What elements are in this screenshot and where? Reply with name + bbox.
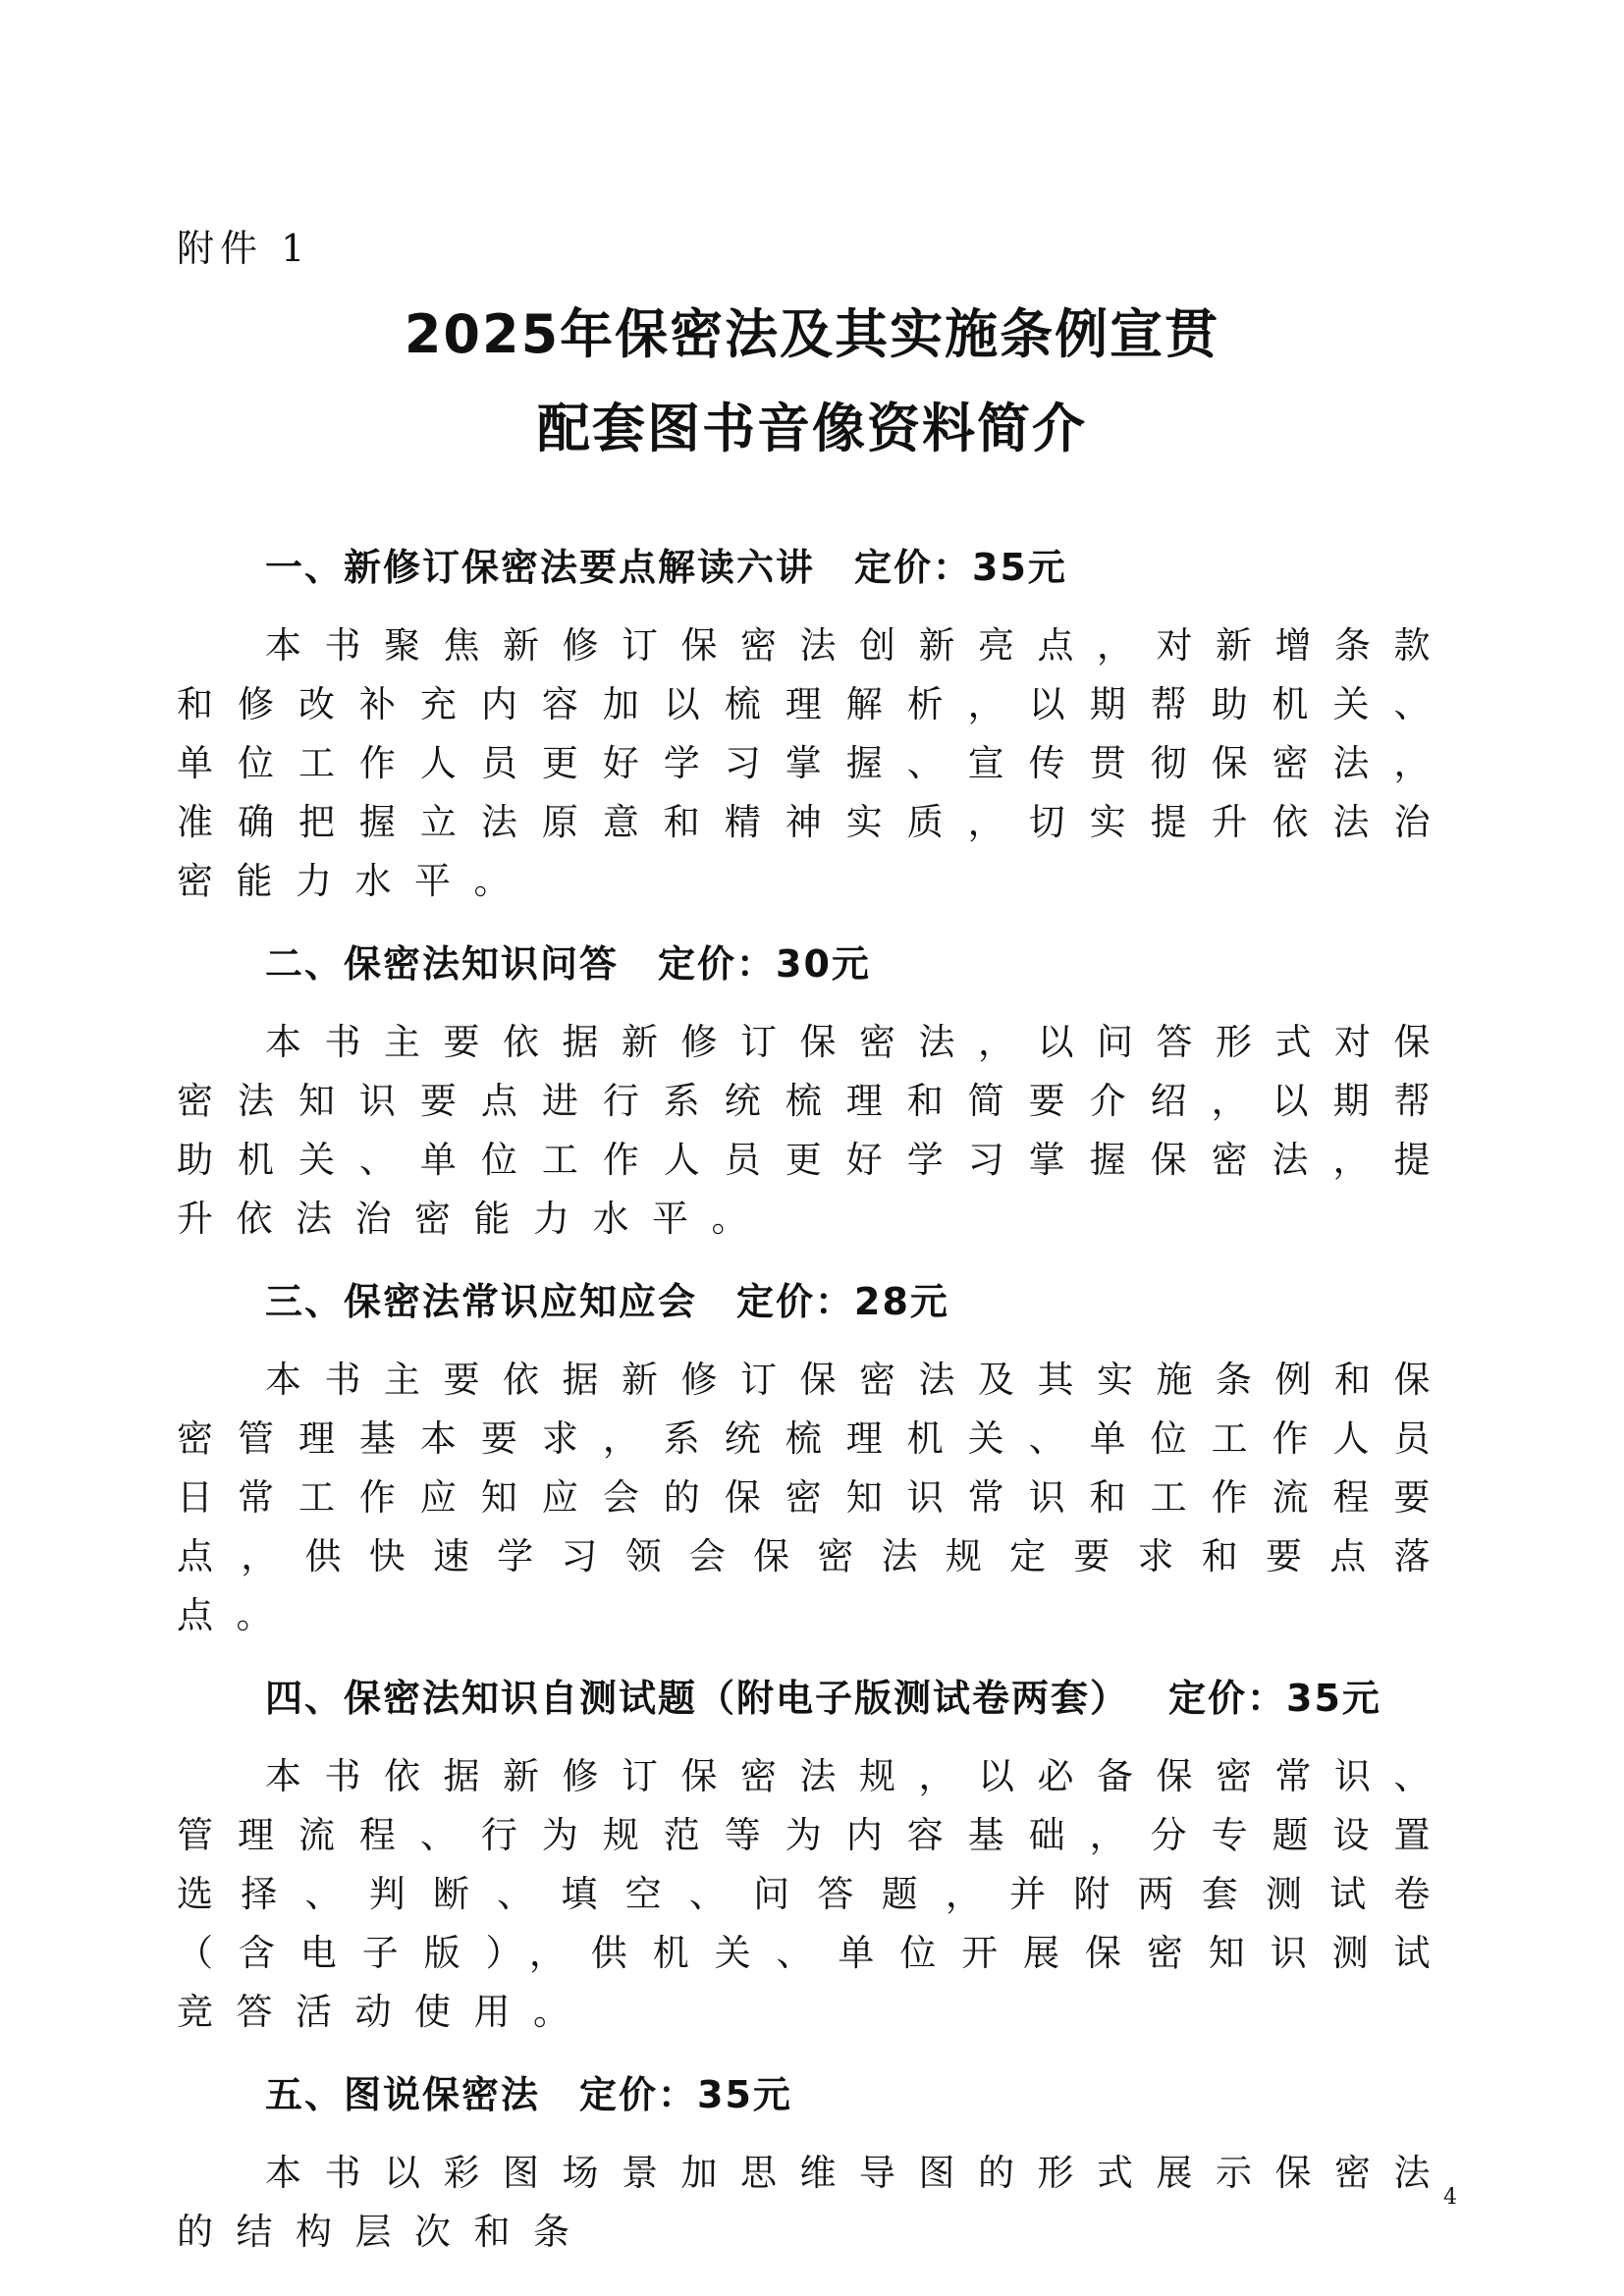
section-1: 一、新修订保密法要点解读六讲定价：35元 本书聚焦新修订保密法创新亮点，对新增条… bbox=[177, 538, 1453, 911]
section-heading: 二、保密法知识问答定价：30元 bbox=[177, 934, 1453, 993]
section-4: 四、保密法知识自测试题（附电子版测试卷两套）定价：35元 本书依据新修订保密法规… bbox=[177, 1669, 1453, 2042]
section-heading: 四、保密法知识自测试题（附电子版测试卷两套）定价：35元 bbox=[177, 1669, 1453, 1728]
attachment-label: 附件 1 bbox=[177, 218, 310, 272]
section-heading: 一、新修订保密法要点解读六讲定价：35元 bbox=[177, 538, 1453, 597]
section-price: 定价：35元 bbox=[854, 546, 1067, 589]
page-title-line-2: 配套图书音像资料简介 bbox=[0, 387, 1624, 462]
section-title: 一、新修订保密法要点解读六讲 bbox=[265, 546, 815, 589]
section-5: 五、图说保密法定价：35元 本书以彩图场景加思维导图的形式展示保密法的结构层次和… bbox=[177, 2065, 1453, 2262]
section-price: 定价：35元 bbox=[1168, 1677, 1381, 1720]
section-title: 四、保密法知识自测试题（附电子版测试卷两套） bbox=[265, 1677, 1129, 1720]
section-3: 三、保密法常识应知应会定价：28元 本书主要依据新修订保密法及其实施条例和保密管… bbox=[177, 1272, 1453, 1645]
section-price: 定价：35元 bbox=[579, 2073, 792, 2116]
section-price: 定价：28元 bbox=[736, 1280, 949, 1323]
section-2: 二、保密法知识问答定价：30元 本书主要依据新修订保密法，以问答形式对保密法知识… bbox=[177, 934, 1453, 1249]
section-title: 五、图说保密法 bbox=[265, 2073, 540, 2116]
section-price: 定价：30元 bbox=[658, 942, 871, 986]
section-description: 本书以彩图场景加思维导图的形式展示保密法的结构层次和条 bbox=[177, 2144, 1453, 2262]
section-heading: 五、图说保密法定价：35元 bbox=[177, 2065, 1453, 2124]
section-description: 本书聚焦新修订保密法创新亮点，对新增条款和修改补充内容加以梳理解析，以期帮助机关… bbox=[177, 616, 1453, 911]
section-description: 本书主要依据新修订保密法，以问答形式对保密法知识要点进行系统梳理和简要介绍，以期… bbox=[177, 1013, 1453, 1249]
page-title-line-1: 2025年保密法及其实施条例宣贯 bbox=[0, 293, 1624, 368]
section-title: 二、保密法知识问答 bbox=[265, 942, 619, 986]
document-page: 附件 1 2025年保密法及其实施条例宣贯 配套图书音像资料简介 一、新修订保密… bbox=[0, 0, 1624, 2296]
section-description: 本书主要依据新修订保密法及其实施条例和保密管理基本要求，系统梳理机关、单位工作人… bbox=[177, 1351, 1453, 1645]
section-description: 本书依据新修订保密法规，以必备保密常识、管理流程、行为规范等为内容基础，分专题设… bbox=[177, 1747, 1453, 2042]
page-number: 4 bbox=[1443, 2185, 1457, 2210]
section-heading: 三、保密法常识应知应会定价：28元 bbox=[177, 1272, 1453, 1331]
document-body: 一、新修订保密法要点解读六讲定价：35元 本书聚焦新修订保密法创新亮点，对新增条… bbox=[177, 538, 1453, 2285]
section-title: 三、保密法常识应知应会 bbox=[265, 1280, 697, 1323]
